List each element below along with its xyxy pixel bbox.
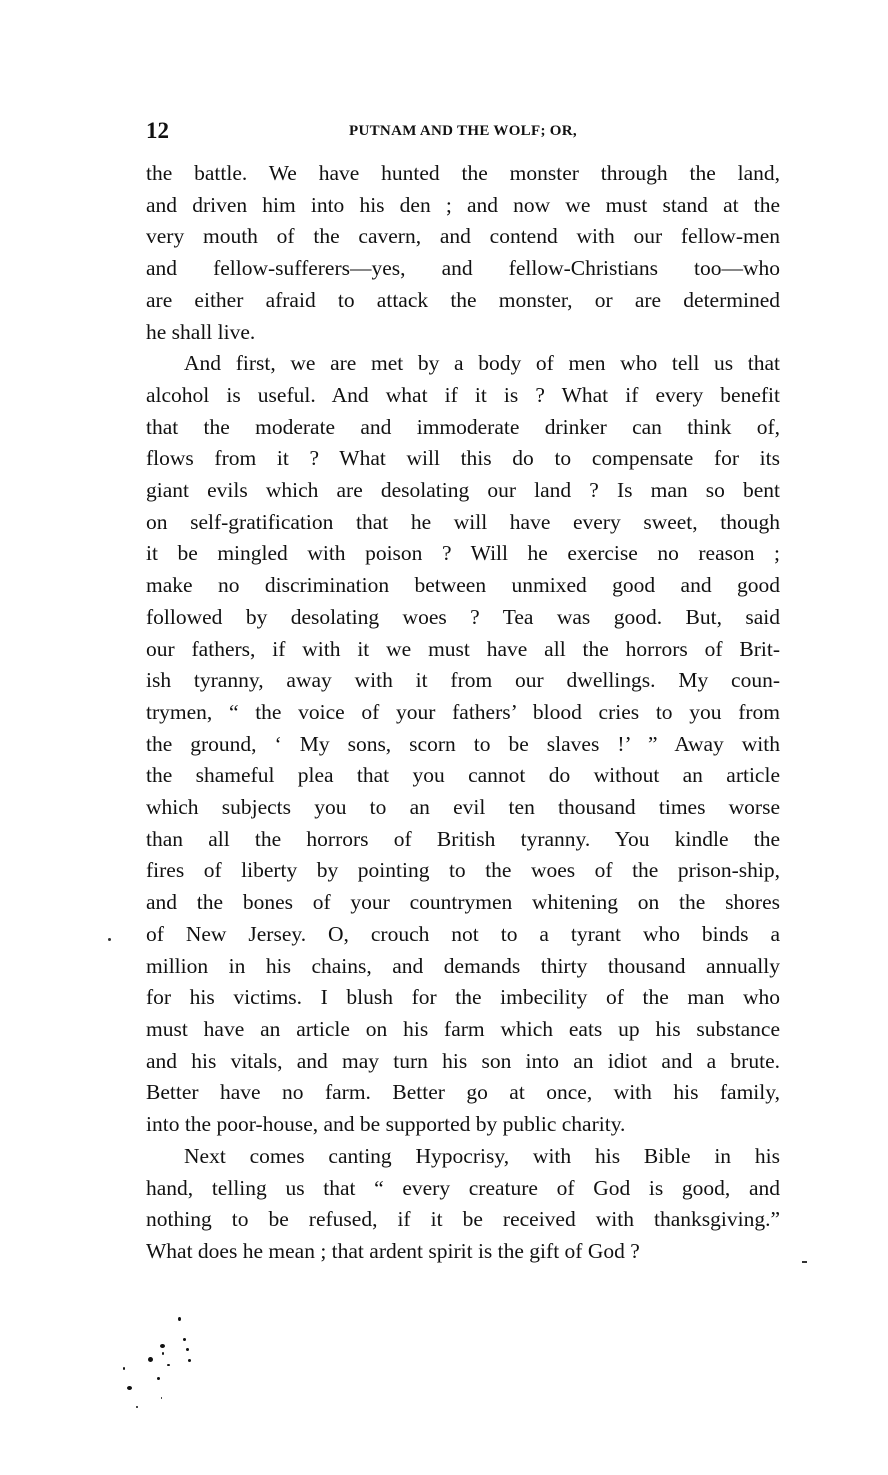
text-line: fires of liberty by pointing to the woes… — [146, 855, 780, 887]
speck — [188, 1359, 191, 1362]
text-line: nothing to be refused, if it be received… — [146, 1204, 780, 1236]
text-line: of New Jersey. O, crouch not to a tyrant… — [146, 919, 780, 951]
body-text: the battle. We have hunted the monster t… — [146, 158, 780, 1268]
speck — [127, 1386, 132, 1390]
margin-mark — [802, 1261, 807, 1263]
paragraph-2: And first, we are met by a body of men w… — [146, 348, 780, 1141]
text-line: trymen, “ the voice of your fathers’ blo… — [146, 697, 780, 729]
text-line: What does he mean ; that ardent spirit i… — [146, 1236, 780, 1268]
speck — [162, 1352, 164, 1355]
page-header: 12 PUTNAM AND THE WOLF; OR, — [146, 118, 780, 148]
text-line: giant evils which are desolating our lan… — [146, 475, 780, 507]
paragraph-3: Next comes canting Hypocrisy, with his B… — [146, 1141, 780, 1268]
speck — [157, 1377, 160, 1380]
paragraph-1: the battle. We have hunted the monster t… — [146, 158, 780, 348]
text-line: very mouth of the cavern, and contend wi… — [146, 221, 780, 253]
text-line: And first, we are met by a body of men w… — [146, 348, 780, 380]
text-line: he shall live. — [146, 317, 780, 349]
text-line: followed by desolating woes ? Tea was go… — [146, 602, 780, 634]
text-line: hand, telling us that “ every creature o… — [146, 1173, 780, 1205]
text-line: million in his chains, and demands thirt… — [146, 951, 780, 983]
text-line: ish tyranny, away with it from our dwell… — [146, 665, 780, 697]
speck — [183, 1338, 186, 1341]
text-line: on self-gratification that he will have … — [146, 507, 780, 539]
speck — [186, 1348, 189, 1351]
text-line: and driven him into his den ; and now we… — [146, 190, 780, 222]
text-line: make no discrimination between unmixed g… — [146, 570, 780, 602]
text-line: the ground, ‘ My sons, scorn to be slave… — [146, 729, 780, 761]
text-line: our fathers, if with it we must have all… — [146, 634, 780, 666]
text-line: Better have no farm. Better go at once, … — [146, 1077, 780, 1109]
text-line: and fellow-sufferers—yes, and fellow-Chr… — [146, 253, 780, 285]
text-line: must have an article on his farm which e… — [146, 1014, 780, 1046]
book-page: 12 PUTNAM AND THE WOLF; OR, the battle. … — [0, 0, 888, 1475]
text-line: than all the horrors of British tyranny.… — [146, 824, 780, 856]
text-line: and the bones of your countrymen whiteni… — [146, 887, 780, 919]
margin-mark — [108, 938, 111, 941]
speck — [136, 1406, 138, 1408]
text-line: Next comes canting Hypocrisy, with his B… — [146, 1141, 780, 1173]
text-line: the battle. We have hunted the monster t… — [146, 158, 780, 190]
text-line: for his victims. I blush for the imbecil… — [146, 982, 780, 1014]
speck — [161, 1397, 162, 1399]
speck — [123, 1367, 125, 1370]
text-line: into the poor-house, and be supported by… — [146, 1109, 780, 1141]
speck — [160, 1344, 165, 1348]
speck — [167, 1364, 170, 1366]
text-line: the shameful plea that you cannot do wit… — [146, 760, 780, 792]
running-title: PUTNAM AND THE WOLF; OR, — [146, 123, 780, 140]
text-line: it be mingled with poison ? Will he exer… — [146, 538, 780, 570]
speck — [148, 1357, 153, 1362]
speck — [178, 1317, 181, 1321]
text-line: are either afraid to attack the monster,… — [146, 285, 780, 317]
text-line: flows from it ? What will this do to com… — [146, 443, 780, 475]
text-line: alcohol is useful. And what if it is ? W… — [146, 380, 780, 412]
text-line: which subjects you to an evil ten thousa… — [146, 792, 780, 824]
text-line: and his vitals, and may turn his son int… — [146, 1046, 780, 1078]
text-line: that the moderate and immoderate drinker… — [146, 412, 780, 444]
